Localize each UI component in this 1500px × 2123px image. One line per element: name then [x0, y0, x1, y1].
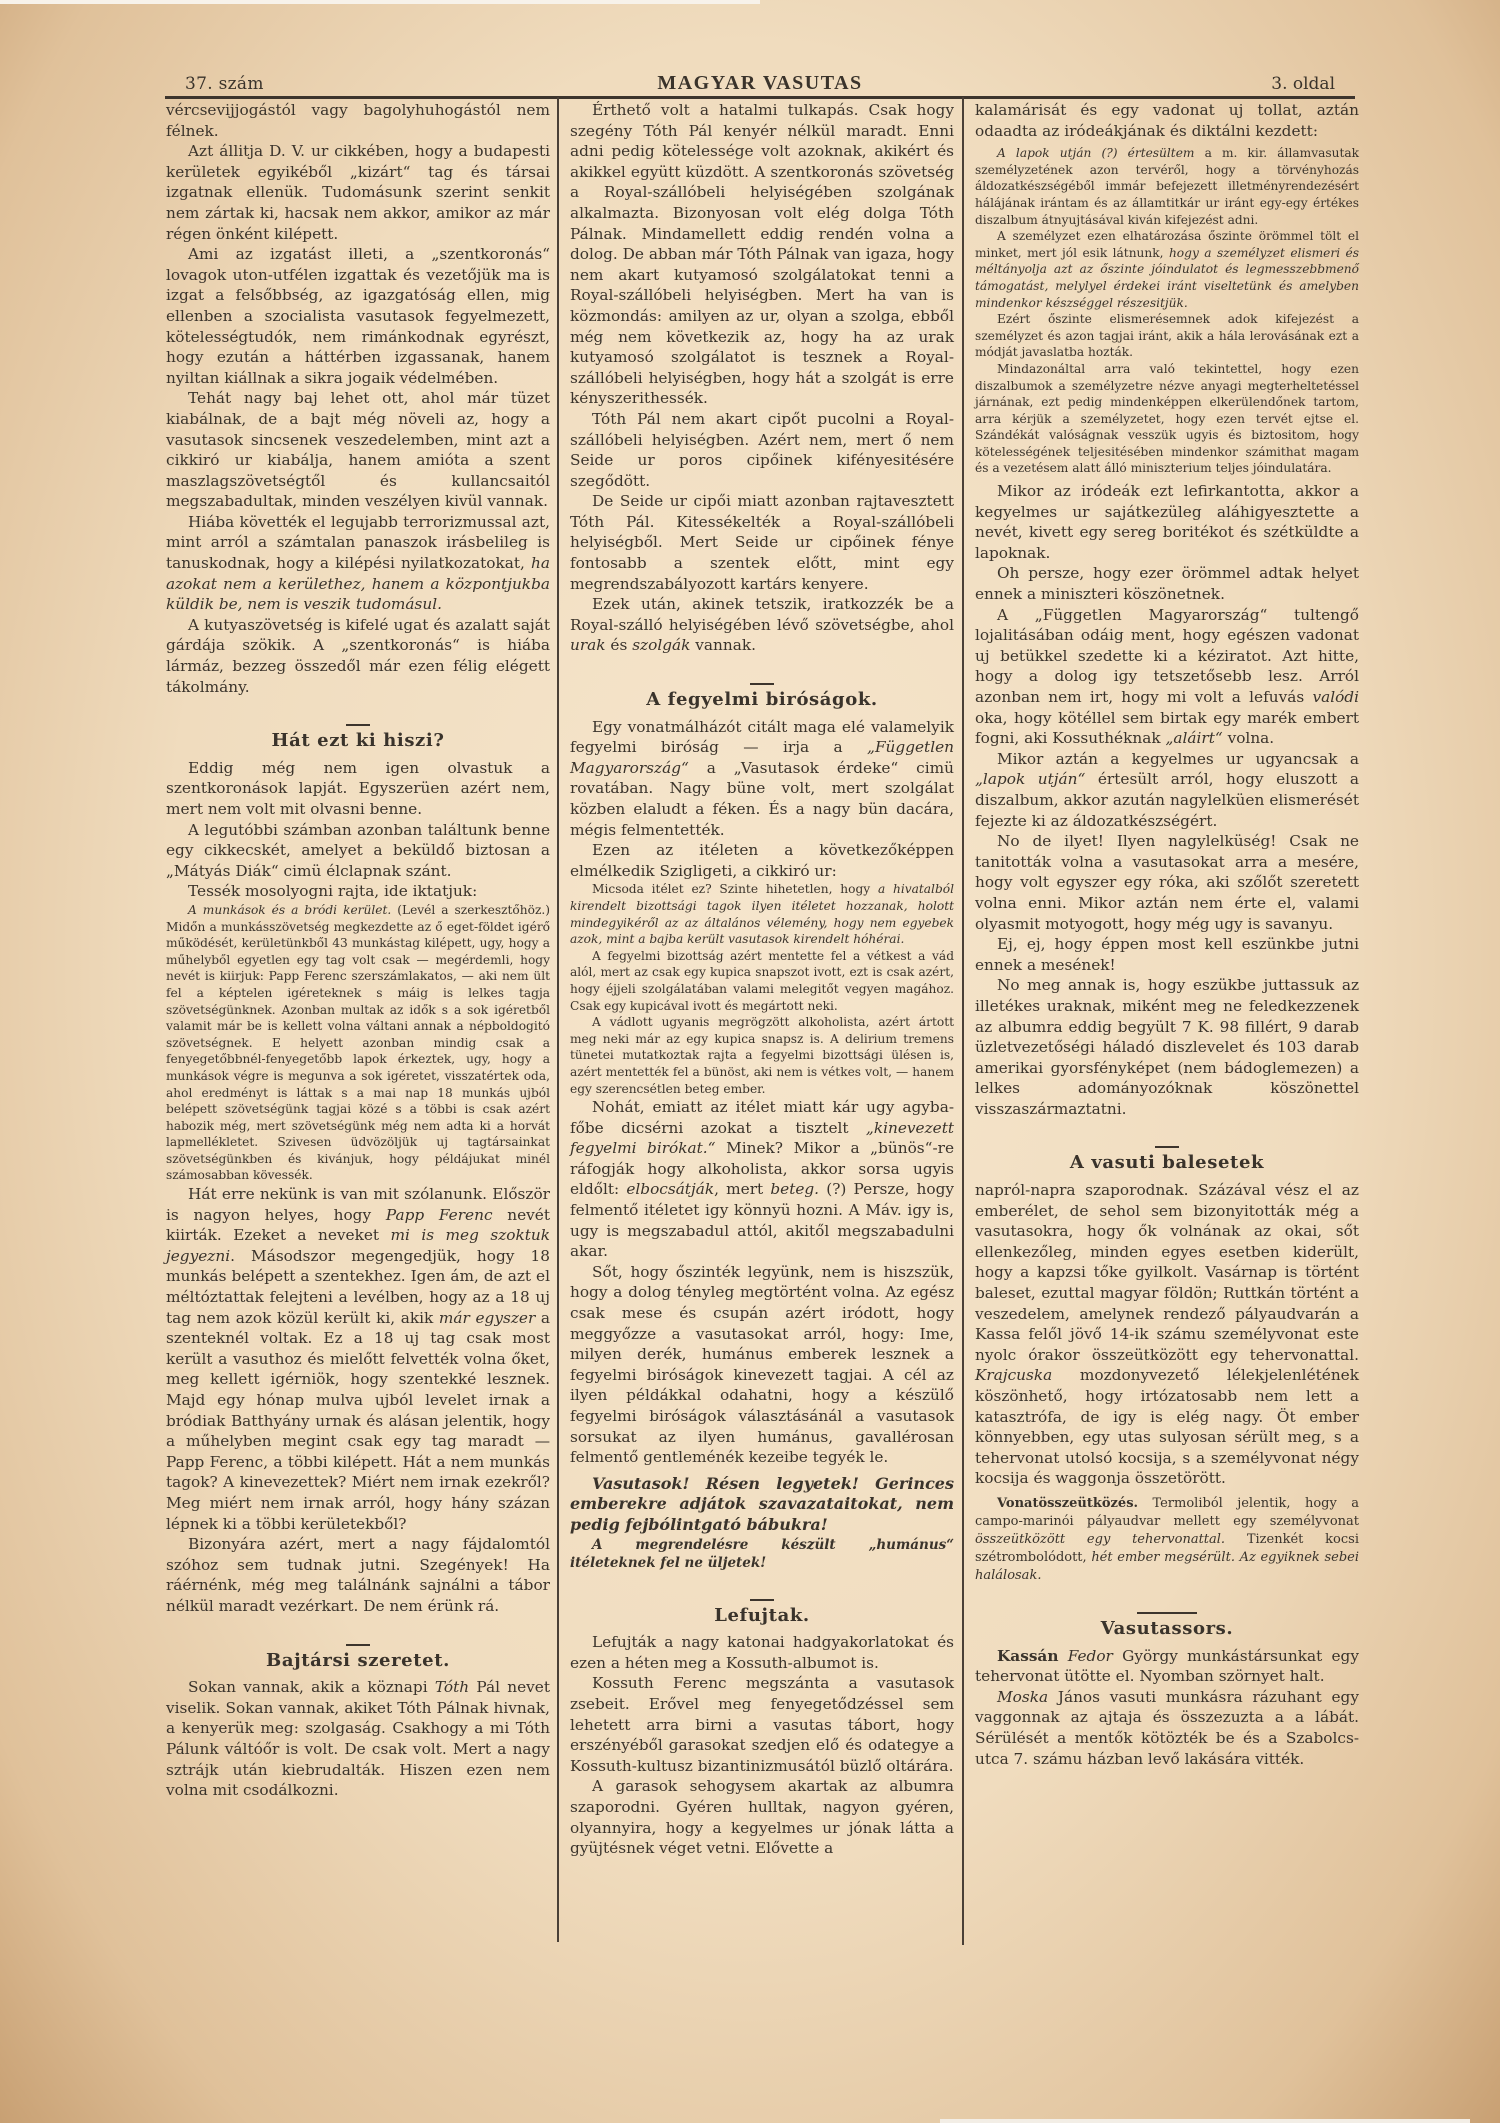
paragraph: Bizonyára azért, mert a nagy fájdalomtól… — [166, 1534, 550, 1616]
paragraph: Tehát nagy baj lehet ott, ahol már tüzet… — [166, 388, 550, 512]
paragraph: Moska János vasuti munkásra rázuhant egy… — [975, 1687, 1359, 1769]
article-heading: Vasutassors. — [975, 1619, 1359, 1640]
paragraph: Ezen az itéleten a következőképpen elmél… — [570, 840, 954, 881]
paragraph: De Seide ur cipői miatt azonban rajtaves… — [570, 491, 954, 594]
header-rule — [165, 96, 1355, 99]
paragraph: Sokan vannak, akik a köznapi Tóth Pál ne… — [166, 1677, 550, 1801]
paragraph: Kassán Fedor György munkástársunkat egy … — [975, 1646, 1359, 1687]
paragraph: Mikor aztán a kegyelmes ur ugyancsak a „… — [975, 749, 1359, 831]
paragraph: Ej, ej, hogy éppen most kell eszünkbe ju… — [975, 934, 1359, 975]
paragraph: Kossuth Ferenc megszánta a vasutasok zse… — [570, 1673, 954, 1776]
paragraph: vércsevijjogástól vagy bagolyhuhogástól … — [166, 100, 550, 141]
article-heading: Hát ezt ki hiszi? — [166, 731, 550, 752]
quoted-text: Mindazonáltal arra való tekintettel, hog… — [975, 361, 1359, 477]
paragraph: kalamárisát és egy vadonat uj tollat, az… — [975, 100, 1359, 141]
paragraph: napról-napra szaporodnak. Százával vész … — [975, 1180, 1359, 1489]
paragraph: Ezek után, akinek tetszik, iratkozzék be… — [570, 594, 954, 656]
paragraph: A „Független Magyarország“ tultengő loja… — [975, 605, 1359, 749]
scan-edge — [940, 2119, 1470, 2123]
paragraph: Tóth Pál nem akart cipőt pucolni a Royal… — [570, 409, 954, 491]
newspaper-page: 37. szám MAGYAR VASUTAS 3. oldal vércsev… — [0, 0, 1500, 2123]
paragraph: Hát erre nekünk is van mit szólanunk. El… — [166, 1184, 550, 1534]
paragraph: A garasok sehogysem akartak az albumra s… — [570, 1776, 954, 1858]
paragraph: Oh persze, hogy ezer örömmel adtak helye… — [975, 563, 1359, 604]
callout: Vasutasok! Résen legyetek! Gerinces embe… — [570, 1474, 954, 1536]
scan-edge — [0, 0, 760, 4]
quoted-text: A személyzet ezen elhatározása őszinte ö… — [975, 228, 1359, 311]
paragraph: No de ilyet! Ilyen nagylelküség! Csak ne… — [975, 831, 1359, 934]
quoted-text: Ezért őszinte elismerésemnek adok kifeje… — [975, 311, 1359, 361]
page-number: 3. oldal — [1271, 74, 1335, 94]
paragraph: Lefujták a nagy katonai hadgyakorlatokat… — [570, 1632, 954, 1673]
paragraph: Mikor az iródeák ezt lefirkantotta, akko… — [975, 481, 1359, 563]
column-left: vércsevijjogástól vagy bagolyhuhogástól … — [166, 100, 550, 1801]
section-separator — [975, 1599, 1359, 1609]
callout-sub: A megrendelésre készült „humánus“ itélet… — [570, 1536, 954, 1572]
newspaper-title: MAGYAR VASUTAS — [165, 72, 1355, 95]
paragraph: Érthető volt a hatalmi tulkapás. Csak ho… — [570, 100, 954, 409]
column-divider — [962, 97, 964, 1945]
paragraph: Nohát, emiatt az itélet miatt kár ugy ag… — [570, 1097, 954, 1262]
column-right: kalamárisát és egy vadonat uj tollat, az… — [975, 100, 1359, 1769]
article-heading: A vasuti balesetek — [975, 1153, 1359, 1174]
section-separator — [166, 711, 550, 721]
quoted-text: A vádlott ugyanis megrögzött alkoholista… — [570, 1014, 954, 1097]
article-heading: A fegyelmi biróságok. — [570, 690, 954, 711]
column-divider — [557, 97, 559, 1942]
paragraph: Hiába követték el legujabb terrorizmussa… — [166, 512, 550, 615]
paragraph: No meg annak is, hogy eszükbe juttassuk … — [975, 975, 1359, 1119]
masthead: 37. szám MAGYAR VASUTAS 3. oldal — [165, 70, 1355, 94]
paragraph: Sőt, hogy őszinték legyünk, nem is hiszs… — [570, 1262, 954, 1468]
section-separator — [166, 1631, 550, 1641]
section-separator — [570, 1586, 954, 1596]
article-heading: Bajtársi szeretet. — [166, 1651, 550, 1672]
paragraph: Tessék mosolyogni rajta, ide iktatjuk: — [166, 881, 550, 902]
paragraph: A legutóbbi számban azonban találtunk be… — [166, 820, 550, 882]
section-separator — [570, 670, 954, 680]
article-heading: Lefujtak. — [570, 1606, 954, 1627]
quoted-text: A lapok utján (?) értesültem a m. kir. á… — [975, 145, 1359, 228]
paragraph: Egy vonatmálházót citált maga elé valame… — [570, 717, 954, 841]
section-separator — [975, 1133, 1359, 1143]
paragraph: Azt állitja D. V. ur cikkében, hogy a bu… — [166, 141, 550, 244]
quoted-letter: A munkások és a bródi kerület. (Levél a … — [166, 902, 550, 1184]
paragraph: Eddig még nem igen olvastuk a szentkoron… — [166, 758, 550, 820]
quoted-text: A fegyelmi bizottság azért mentette fel … — [570, 948, 954, 1014]
paragraph: A kutyaszövetség is kifelé ugat és azala… — [166, 615, 550, 697]
news-brief: Vonatösszeütközés. Termoliból jelentik, … — [975, 1495, 1359, 1585]
column-middle: Érthető volt a hatalmi tulkapás. Csak ho… — [570, 100, 954, 1859]
quoted-text: Micsoda itélet ez? Szinte hihetetlen, ho… — [570, 881, 954, 947]
paragraph: Ami az izgatást illeti, a „szentkoronás“… — [166, 244, 550, 388]
